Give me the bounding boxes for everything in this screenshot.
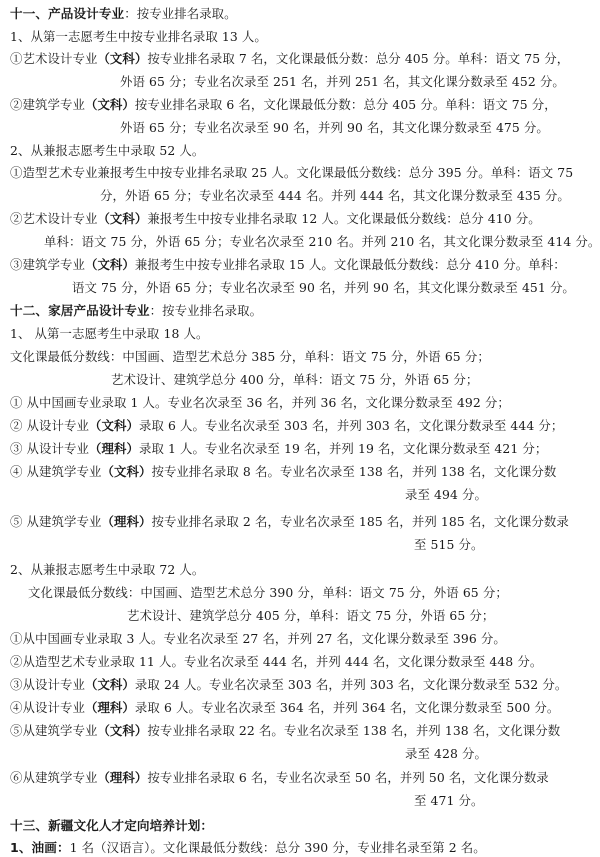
text-line: ②建筑学专业（文科）按专业排名录取 6 名，文化课最低分数：总分 405 分。单… <box>10 97 557 113</box>
text-line: 分，外语 65 分；专业名次录至 444 名。并列 444 名，其文化课分数录至… <box>100 188 570 204</box>
text-line: 艺术设计、建筑学总分 405 分，单科：语文 75 分，外语 65 分； <box>127 608 494 624</box>
line-text: ① 从中国画专业录取 1 人。专业名次录至 36 名，并列 36 名，文化课分数… <box>10 395 510 410</box>
line-text: 按专业排名录取 6 名，文化课最低分数：总分 405 分。单科：语文 75 分， <box>135 97 557 112</box>
text-line: ① 从中国画专业录取 1 人。专业名次录至 36 名，并列 36 名，文化课分数… <box>10 395 510 411</box>
line-text: 1 名（汉语言）。文化课最低分数线：总分 390 分，专业排名录至第 2 名。 <box>70 840 486 855</box>
line-text: 按专业排名录取 22 名。专业名次录至 138 名，并列 138 名，文化课分数 <box>147 723 560 738</box>
emphasis-text: （文科） <box>89 418 139 433</box>
text-line: 十三、新疆文化人才定向培养计划： <box>10 818 213 834</box>
text-line: ② 从设计专业（文科）录取 6 人。专业名次录至 303 名，并列 303 名，… <box>10 418 563 434</box>
line-prefix: ⑤ 从建筑学专业 <box>10 514 101 529</box>
emphasis-text: （理科） <box>85 700 135 715</box>
section-heading: 十二、家居产品设计专业 <box>10 303 150 318</box>
line-prefix: ③ 从设计专业 <box>10 441 89 456</box>
line-text: 艺术设计、建筑学总分 400 分，单科：语文 75 分，外语 65 分； <box>111 372 478 387</box>
text-line: ⑤ 从建筑学专业（理科）按专业排名录取 2 名，专业名次录至 185 名，并列 … <box>10 514 569 530</box>
text-line: ②从造型艺术专业录取 11 人。专业名次录至 444 名，并列 444 名，文化… <box>10 654 542 670</box>
line-prefix: ④ 从建筑学专业 <box>10 464 101 479</box>
line-text: 1、 从第一志愿考生中录取 18 人。 <box>10 326 208 341</box>
text-line: 文化课最低分数线：中国画、造型艺术总分 385 分，单科：语文 75 分，外语 … <box>10 349 490 365</box>
text-line: 外语 65 分；专业名次录至 90 名，并列 90 名，其文化课分数录至 475… <box>120 120 549 136</box>
line-prefix: ①艺术设计专业 <box>10 51 97 66</box>
line-text: ：按专业排名录取。 <box>124 6 236 21</box>
text-line: 至 471 分。 <box>414 793 484 809</box>
line-text: ②从造型艺术专业录取 11 人。专业名次录至 444 名，并列 444 名，文化… <box>10 654 542 669</box>
text-line: 单科：语文 75 分，外语 65 分；专业名次录至 210 名。并列 210 名… <box>44 234 600 250</box>
text-line: 2、从兼报志愿考生中录取 52 人。 <box>10 143 204 159</box>
line-text: 录至 494 分。 <box>405 487 487 502</box>
line-text: 文化课最低分数线：中国画、造型艺术总分 390 分，单科：语文 75 分，外语 … <box>28 585 508 600</box>
line-text: 语文 75 分，外语 65 分；专业名次录至 90 名，并列 90 名，其文化课… <box>72 280 575 295</box>
line-text: 外语 65 分；专业名次录至 90 名，并列 90 名，其文化课分数录至 475… <box>120 120 549 135</box>
emphasis-text: （文科） <box>97 211 147 226</box>
text-line: 十二、家居产品设计专业：按专业排名录取。 <box>10 303 262 319</box>
line-prefix: ②建筑学专业 <box>10 97 85 112</box>
emphasis-text: （理科） <box>89 441 139 456</box>
text-line: ⑥从建筑学专业（理科）按专业排名录取 6 名，专业名次录至 50 名，并列 50… <box>10 770 549 786</box>
line-text: 按专业排名录取 2 名，专业名次录至 185 名，并列 185 名，文化课分数录 <box>151 514 568 529</box>
line-text: 外语 65 分；专业名次录至 251 名，并列 251 名，其文化课分数录至 4… <box>120 74 565 89</box>
line-text: 1、从第一志愿考生中按专业排名录取 13 人。 <box>10 29 267 44</box>
line-text: 按专业排名录取 8 名。专业名次录至 138 名，并列 138 名，文化课分数 <box>151 464 556 479</box>
line-text: ：按专业排名录取。 <box>150 303 262 318</box>
section-heading: 十三、新疆文化人才定向培养计划： <box>10 818 213 833</box>
text-line: ①从中国画专业录取 3 人。专业名次录至 27 名，并列 27 名，文化课分数录… <box>10 631 506 647</box>
text-line: 至 515 分。 <box>414 537 484 553</box>
line-prefix: ③建筑学专业 <box>10 257 85 272</box>
text-line: ①艺术设计专业（文科）按专业排名录取 7 名，文化课最低分数：总分 405 分。… <box>10 51 569 67</box>
line-text: 按专业排名录取 6 名，专业名次录至 50 名，并列 50 名，文化课分数录 <box>147 770 548 785</box>
line-text: 录取 1 人。专业名次录至 19 名，并列 19 名，文化课分数录至 421 分… <box>139 441 547 456</box>
line-text: 分，外语 65 分；专业名次录至 444 名。并列 444 名，其文化课分数录至… <box>100 188 570 203</box>
text-line: ②艺术设计专业（文科）兼报考生中按专业排名录取 12 人。文化课最低分数线：总分… <box>10 211 541 227</box>
emphasis-text: （理科） <box>97 770 147 785</box>
text-line: 1、从第一志愿考生中按专业排名录取 13 人。 <box>10 29 267 45</box>
emphasis-text: （理科） <box>101 514 151 529</box>
emphasis-text: （文科） <box>85 97 135 112</box>
text-line: 录至 494 分。 <box>405 487 487 503</box>
text-line: 艺术设计、建筑学总分 400 分，单科：语文 75 分，外语 65 分； <box>111 372 478 388</box>
line-text: ①从中国画专业录取 3 人。专业名次录至 27 名，并列 27 名，文化课分数录… <box>10 631 506 646</box>
line-prefix: ③从设计专业 <box>10 677 85 692</box>
section-heading: 1、油画： <box>10 840 70 855</box>
text-line: 2、从兼报志愿考生中录取 72 人。 <box>10 562 204 578</box>
line-text: 单科：语文 75 分，外语 65 分；专业名次录至 210 名。并列 210 名… <box>44 234 600 249</box>
emphasis-text: （文科） <box>97 723 147 738</box>
line-text: 文化课最低分数线：中国画、造型艺术总分 385 分，单科：语文 75 分，外语 … <box>10 349 490 364</box>
text-line: ③从设计专业（文科）录取 24 人。专业名次录至 303 名，并列 303 名，… <box>10 677 567 693</box>
text-line: ⑤从建筑学专业（文科）按专业排名录取 22 名。专业名次录至 138 名，并列 … <box>10 723 560 739</box>
line-text: 录取 6 人。专业名次录至 364 名，并列 364 名，文化课分数录至 500… <box>135 700 559 715</box>
text-line: 外语 65 分；专业名次录至 251 名，并列 251 名，其文化课分数录至 4… <box>120 74 565 90</box>
text-line: 1、油画：1 名（汉语言）。文化课最低分数线：总分 390 分，专业排名录至第 … <box>10 840 486 856</box>
line-text: 2、从兼报志愿考生中录取 72 人。 <box>10 562 204 577</box>
line-prefix: ⑥从建筑学专业 <box>10 770 97 785</box>
emphasis-text: （文科） <box>85 677 135 692</box>
text-line: ④从设计专业（理科）录取 6 人。专业名次录至 364 名，并列 364 名，文… <box>10 700 559 716</box>
text-line: 十一、产品设计专业：按专业排名录取。 <box>10 6 237 22</box>
text-line: 录至 428 分。 <box>405 746 487 762</box>
line-prefix: ⑤从建筑学专业 <box>10 723 97 738</box>
text-line: ③ 从设计专业（理科）录取 1 人。专业名次录至 19 名，并列 19 名，文化… <box>10 441 547 457</box>
text-line: ④ 从建筑学专业（文科）按专业排名录取 8 名。专业名次录至 138 名，并列 … <box>10 464 556 480</box>
section-heading: 十一、产品设计专业 <box>10 6 124 21</box>
line-text: 按专业排名录取 7 名，文化课最低分数：总分 405 分。单科：语文 75 分， <box>147 51 569 66</box>
emphasis-text: （文科） <box>101 464 151 479</box>
text-line: 1、 从第一志愿考生中录取 18 人。 <box>10 326 208 342</box>
emphasis-text: （文科） <box>85 257 135 272</box>
line-prefix: ④从设计专业 <box>10 700 85 715</box>
text-line: 语文 75 分，外语 65 分；专业名次录至 90 名，并列 90 名，其文化课… <box>72 280 575 296</box>
text-line: ①造型艺术专业兼报考生中按专业排名录取 25 人。文化课最低分数线：总分 395… <box>10 165 573 181</box>
text-line: ③建筑学专业（文科）兼报考生中按专业排名录取 15 人。文化课最低分数线：总分 … <box>10 257 566 273</box>
line-text: 兼报考生中按专业排名录取 12 人。文化课最低分数线：总分 410 分。 <box>147 211 540 226</box>
line-text: 2、从兼报志愿考生中录取 52 人。 <box>10 143 204 158</box>
line-text: ①造型艺术专业兼报考生中按专业排名录取 25 人。文化课最低分数线：总分 395… <box>10 165 573 180</box>
line-text: 录取 6 人。专业名次录至 303 名，并列 303 名，文化课分数录至 444… <box>139 418 563 433</box>
line-text: 至 471 分。 <box>414 793 484 808</box>
text-line: 文化课最低分数线：中国画、造型艺术总分 390 分，单科：语文 75 分，外语 … <box>28 585 508 601</box>
line-text: 兼报考生中按专业排名录取 15 人。文化课最低分数线：总分 410 分。单科： <box>135 257 566 272</box>
emphasis-text: （文科） <box>97 51 147 66</box>
line-text: 至 515 分。 <box>414 537 484 552</box>
line-text: 艺术设计、建筑学总分 405 分，单科：语文 75 分，外语 65 分； <box>127 608 494 623</box>
line-prefix: ② 从设计专业 <box>10 418 89 433</box>
line-prefix: ②艺术设计专业 <box>10 211 97 226</box>
line-text: 录取 24 人。专业名次录至 303 名，并列 303 名，文化课分数录至 53… <box>135 677 567 692</box>
line-text: 录至 428 分。 <box>405 746 487 761</box>
